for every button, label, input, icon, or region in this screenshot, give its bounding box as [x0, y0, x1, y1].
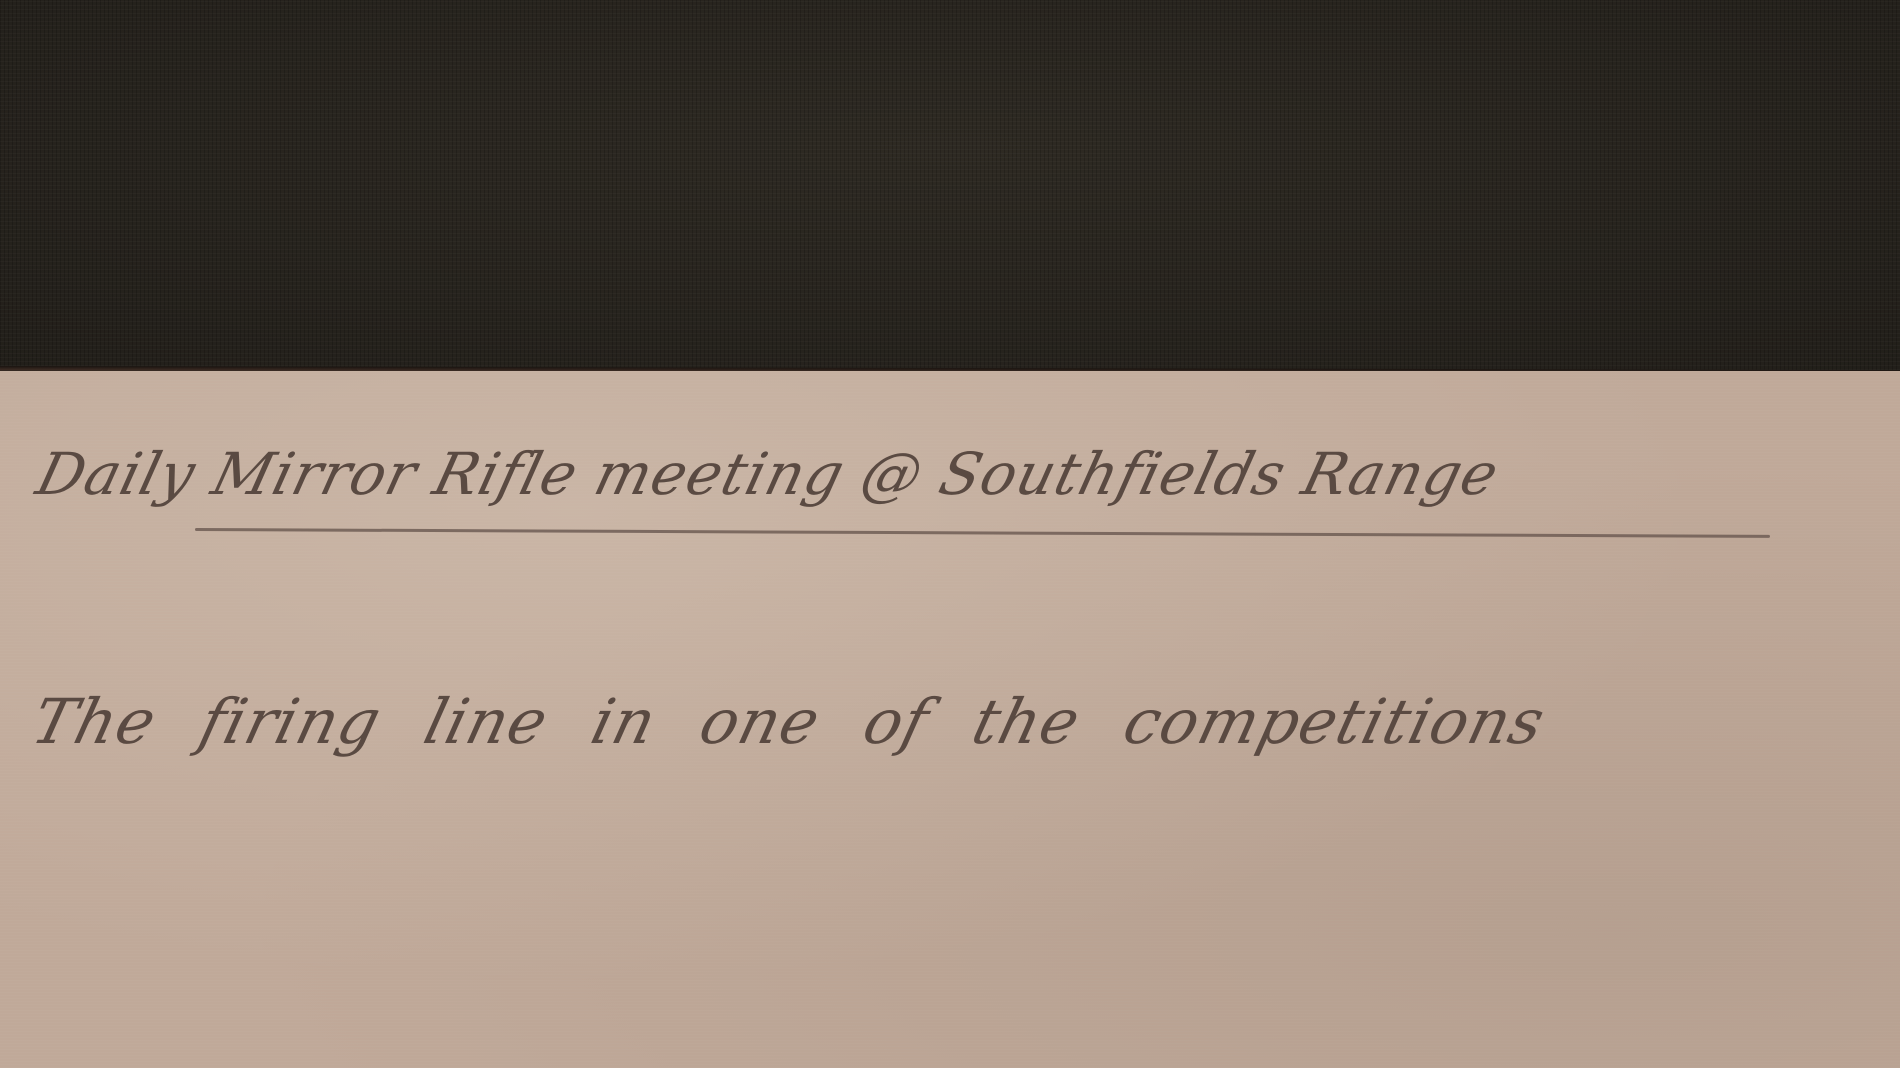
caption-title: Daily Mirror Rifle meeting @ Southfields… [30, 440, 1506, 508]
caption-body: The firing line in one of the competitio… [25, 685, 1553, 758]
album-cover-cloth [0, 0, 1900, 370]
photo-scene: Daily Mirror Rifle meeting @ Southfields… [0, 0, 1900, 1068]
